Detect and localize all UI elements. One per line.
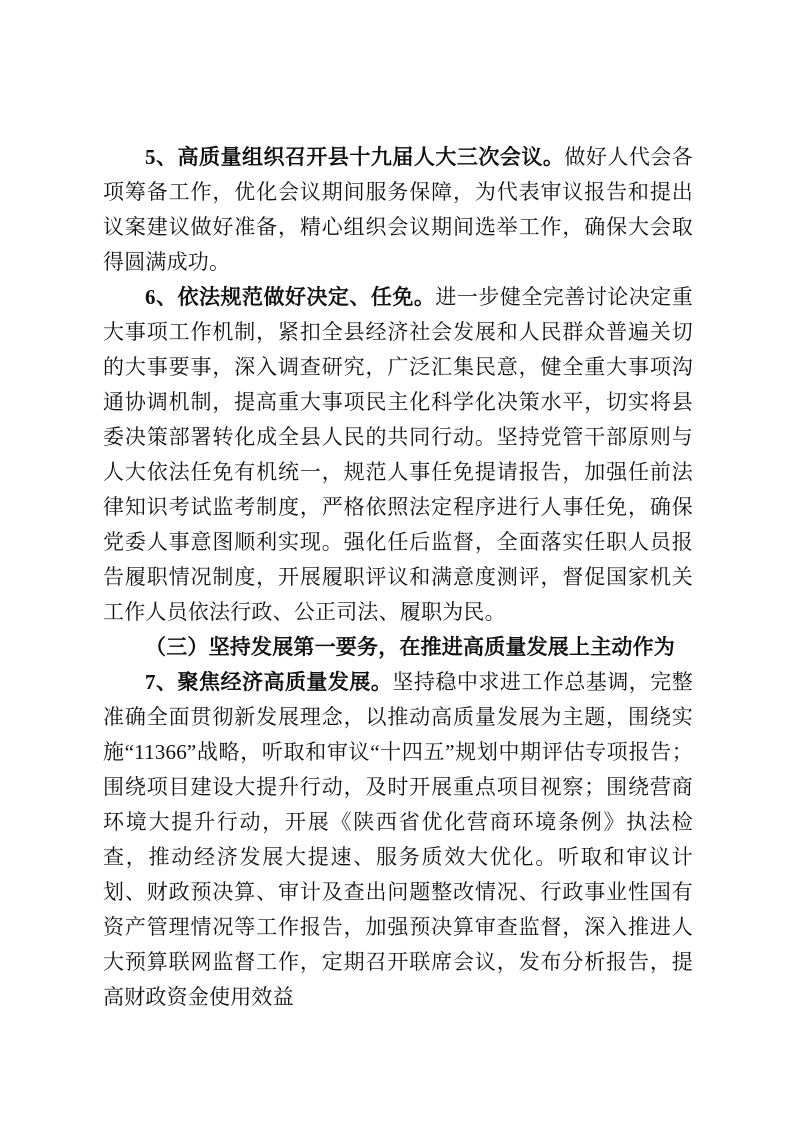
paragraph-7-body: 坚持稳中求进工作总基调，完整准确全面贯彻新发展理念，以推动高质量发展为主题，围绕… bbox=[103, 670, 693, 1009]
paragraph-item-6: 6、依法规范做好决定、任免。进一步健全完善讨论决定重大事项工作机制，紧扣全县经济… bbox=[103, 280, 693, 630]
page-content: 5、高质量组织召开县十九届人大三次会议。做好人代会各项筹备工作，优化会议期间服务… bbox=[103, 140, 693, 1015]
paragraph-5-lead: 5、高质量组织召开县十九届人大三次会议。 bbox=[145, 145, 564, 169]
paragraph-6-body: 进一步健全完善讨论决定重大事项工作机制，紧扣全县经济社会发展和人民群众普遍关切的… bbox=[103, 285, 693, 624]
section-heading-3: （三）坚持发展第一要务，在推进高质量发展上主动作为 bbox=[103, 630, 693, 665]
document-page: 5、高质量组织召开县十九届人大三次会议。做好人代会各项筹备工作，优化会议期间服务… bbox=[0, 0, 793, 1122]
paragraph-6-lead: 6、依法规范做好决定、任免。 bbox=[145, 285, 435, 309]
paragraph-7-lead: 7、聚焦经济高质量发展。 bbox=[145, 670, 392, 694]
paragraph-item-5: 5、高质量组织召开县十九届人大三次会议。做好人代会各项筹备工作，优化会议期间服务… bbox=[103, 140, 693, 280]
paragraph-item-7: 7、聚焦经济高质量发展。坚持稳中求进工作总基调，完整准确全面贯彻新发展理念，以推… bbox=[103, 665, 693, 1015]
